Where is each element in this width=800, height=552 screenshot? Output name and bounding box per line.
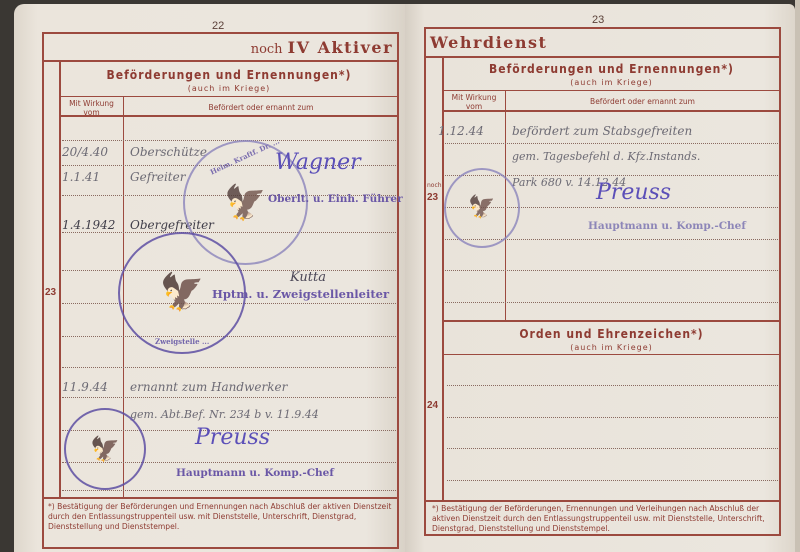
rank-stamp: Oberlt. u. Einh. Führer bbox=[268, 193, 403, 205]
entry-text: ernannt zum Handwerker bbox=[130, 380, 287, 394]
stamp-ring-text: Zweigstelle ... bbox=[155, 337, 209, 346]
left-page-number: 22 bbox=[212, 20, 224, 32]
entry-text: gem. Tagesbefehl d. Kfz.Instands. bbox=[512, 150, 700, 163]
entry-date: 1.12.44 bbox=[438, 124, 484, 138]
right-section-title: Beförderungen und Ernennungen*) bbox=[443, 62, 780, 76]
row-line bbox=[445, 270, 778, 271]
row-line bbox=[62, 397, 396, 398]
row-line bbox=[447, 480, 778, 481]
row-line bbox=[447, 385, 778, 386]
rank-stamp: Hptm. u. Zweigstellenleiter bbox=[212, 287, 389, 301]
left-page-header: noch IV Aktiver bbox=[230, 38, 393, 57]
right-section-subtitle: (auch im Kriege) bbox=[443, 78, 780, 87]
entry-date: 11.9.44 bbox=[62, 380, 108, 394]
rank-stamp: Hauptmann u. Komp.-Chef bbox=[588, 220, 746, 232]
signature: Wagner bbox=[275, 150, 361, 175]
left-header-divider bbox=[42, 60, 399, 62]
signature: Preuss bbox=[596, 180, 671, 205]
awards-section-subtitle: (auch im Kriege) bbox=[443, 343, 780, 352]
right-col-content-header: Befördert oder ernannt zum bbox=[505, 97, 780, 106]
page-edge bbox=[795, 0, 800, 552]
right-gutter-rule bbox=[442, 56, 444, 500]
row-line bbox=[447, 448, 778, 449]
rank-stamp: Hauptmann u. Komp.-Chef bbox=[176, 467, 334, 479]
row-line bbox=[447, 417, 778, 418]
right-row-prefix: noch bbox=[427, 182, 442, 189]
row-line bbox=[445, 302, 778, 303]
right-header-divider bbox=[424, 56, 781, 58]
signature: Kutta bbox=[290, 270, 326, 285]
left-footnote: *) Bestätigung der Beförderungen und Ern… bbox=[48, 502, 393, 532]
awards-row-number: 24 bbox=[427, 400, 438, 411]
official-stamp: 🦅 bbox=[64, 408, 146, 490]
right-footnote-divider bbox=[424, 500, 781, 502]
awards-section-title: Orden und Ehrenzeichen*) bbox=[443, 327, 780, 341]
row-line bbox=[62, 367, 396, 368]
row-line bbox=[445, 143, 778, 144]
left-colhead-bottom bbox=[60, 115, 398, 117]
signature: Preuss bbox=[195, 425, 270, 450]
left-colhead-top bbox=[60, 96, 398, 97]
left-footnote-divider bbox=[42, 497, 399, 499]
header-title: IV Aktiver bbox=[288, 38, 393, 57]
header-prefix: noch bbox=[251, 42, 283, 57]
left-section-title: Beförderungen und Ernennungen*) bbox=[60, 68, 398, 82]
col-date-line1: Mit Wirkung bbox=[60, 99, 123, 108]
entry-text: gem. Abt.Bef. Nr. 234 b v. 11.9.44 bbox=[130, 408, 319, 421]
left-section-subtitle: (auch im Kriege) bbox=[60, 84, 398, 93]
soldbuch-spread: 22 noch IV Aktiver Beförderungen und Ern… bbox=[0, 0, 800, 552]
entry-text: Gefreiter bbox=[130, 170, 185, 184]
row-line bbox=[62, 490, 396, 491]
right-page-number: 23 bbox=[592, 14, 604, 26]
eagle-emblem-icon: 🦅 bbox=[160, 275, 205, 311]
right-footnote: *) Bestätigung der Beförderungen, Ernenn… bbox=[432, 504, 777, 534]
entry-date: 20/4.40 bbox=[62, 145, 108, 159]
eagle-emblem-icon: 🦅 bbox=[468, 197, 495, 219]
eagle-emblem-icon: 🦅 bbox=[224, 186, 266, 220]
row-line bbox=[62, 336, 396, 337]
row-line bbox=[62, 140, 396, 141]
right-colhead-bottom bbox=[443, 110, 780, 112]
entry-date: 1.4.1942 bbox=[62, 218, 115, 232]
left-row-number: 23 bbox=[45, 287, 56, 298]
entry-text: befördert zum Stabsgefreiten bbox=[512, 124, 692, 138]
left-gutter-rule bbox=[59, 60, 61, 497]
left-col-content-header: Befördert oder ernannt zum bbox=[124, 103, 398, 112]
right-colhead-top bbox=[443, 90, 780, 91]
entry-date: 1.1.41 bbox=[62, 170, 100, 184]
awards-section-divider bbox=[443, 354, 780, 355]
awards-section-top bbox=[443, 320, 780, 322]
eagle-emblem-icon: 🦅 bbox=[90, 437, 120, 461]
right-page-header: Wehrdienst bbox=[430, 33, 547, 52]
entry-text: Oberschütze bbox=[130, 145, 207, 159]
right-row-number: 23 bbox=[427, 192, 438, 203]
official-stamp: 🦅 bbox=[444, 168, 520, 248]
col-date-line1: Mit Wirkung bbox=[443, 93, 505, 102]
right-col-date-header: Mit Wirkung vom bbox=[443, 93, 505, 111]
